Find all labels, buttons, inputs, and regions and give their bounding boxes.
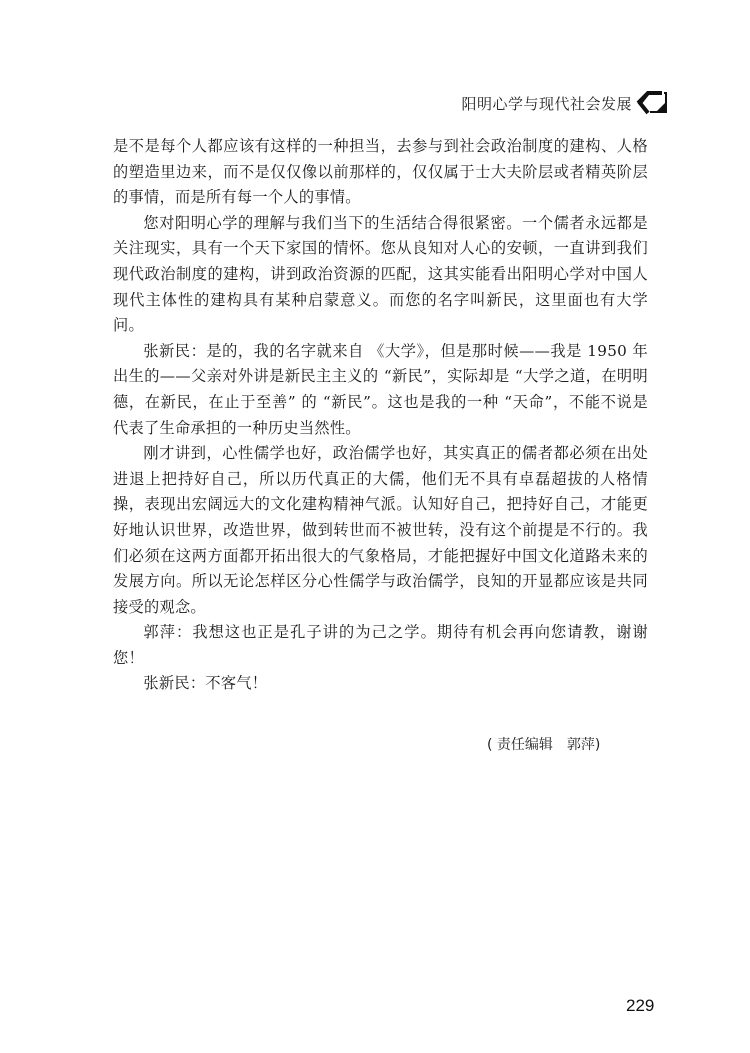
speaker-label: 张新民： xyxy=(143,342,206,360)
paragraph-text: 刚才讲到，心性儒学也好，政治儒学也好，其实真正的儒者都必须在出处进退上把持好自己… xyxy=(113,444,648,616)
editor-note: ( 责任编辑 郭萍) xyxy=(487,734,600,754)
paragraph-1: 您对阳明心学的理解与我们当下的生活结合得很紧密。一个儒者永远都是关注现实，具有一… xyxy=(113,211,648,339)
paragraph-text: 是不是每个人都应该有这样的一种担当，去参与到社会政治制度的建构、人格的塑造里边来… xyxy=(113,137,648,206)
running-header: 阳明心学与现代社会发展 xyxy=(461,90,670,116)
paragraph-2: 张新民：是的，我的名字就来自 《大学》，但是那时候——我是 1950 年出生的—… xyxy=(113,339,648,441)
speaker-label: 郭萍： xyxy=(143,623,192,641)
paragraph-text: 不客气！ xyxy=(205,674,267,692)
paragraph-0: 是不是每个人都应该有这样的一种担当，去参与到社会政治制度的建构、人格的塑造里边来… xyxy=(113,134,648,211)
paragraph-5: 张新民：不客气！ xyxy=(113,671,648,697)
page-number: 229 xyxy=(626,996,654,1016)
paragraph-3: 刚才讲到，心性儒学也好，政治儒学也好，其实真正的儒者都必须在出处进退上把持好自己… xyxy=(113,441,648,620)
paragraph-4: 郭萍：我想这也正是孔子讲的为己之学。期待有机会再向您请教，谢谢您！ xyxy=(113,620,648,671)
zigzag-arrow-mark-icon xyxy=(636,90,670,116)
paragraph-text: 您对阳明心学的理解与我们当下的生活结合得很紧密。一个儒者永远都是关注现实，具有一… xyxy=(113,214,648,334)
paragraph-text: 我想这也正是孔子讲的为己之学。期待有机会再向您请教，谢谢您！ xyxy=(113,623,648,667)
speaker-label: 张新民： xyxy=(143,674,205,692)
article-body: 是不是每个人都应该有这样的一种担当，去参与到社会政治制度的建构、人格的塑造里边来… xyxy=(113,134,648,697)
running-header-title: 阳明心学与现代社会发展 xyxy=(461,93,632,114)
